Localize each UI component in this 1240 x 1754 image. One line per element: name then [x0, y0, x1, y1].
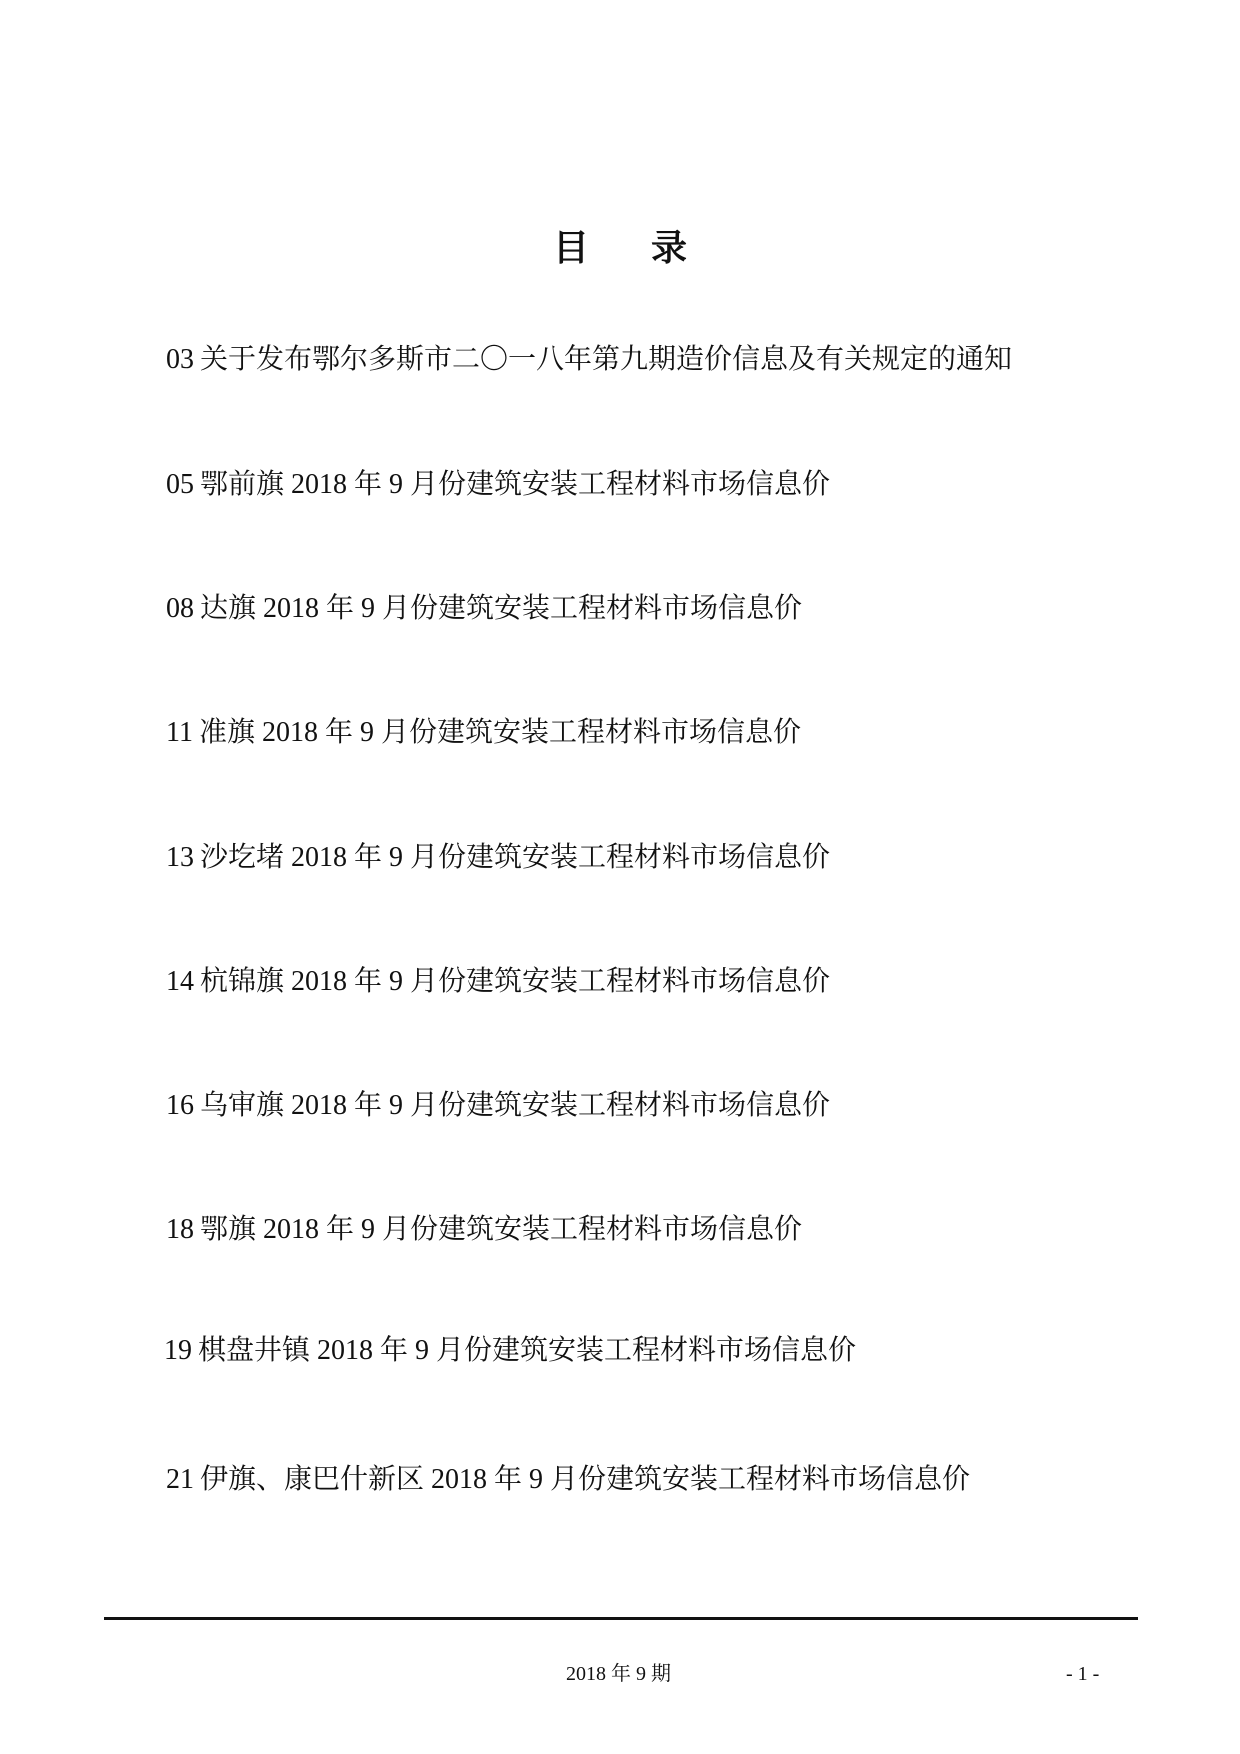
toc-entry[interactable]: 16乌审旗 2018 年 9 月份建筑安装工程材料市场信息价: [166, 1086, 830, 1126]
toc-entry-title: 伊旗、康巴什新区 2018 年 9 月份建筑安装工程材料市场信息价: [200, 1464, 970, 1495]
toc-entry-title: 乌审旗 2018 年 9 月份建筑安装工程材料市场信息价: [200, 1090, 830, 1121]
toc-entry[interactable]: 18鄂旗 2018 年 9 月份建筑安装工程材料市场信息价: [166, 1210, 802, 1250]
toc-page-number: 03: [166, 344, 194, 375]
toc-entry-title: 准旗 2018 年 9 月份建筑安装工程材料市场信息价: [199, 717, 801, 748]
page-title: 目录: [0, 224, 1240, 272]
toc-page-number: 14: [166, 966, 194, 997]
toc-entry[interactable]: 13沙圪堵 2018 年 9 月份建筑安装工程材料市场信息价: [166, 838, 830, 878]
toc-page-number: 11: [166, 717, 193, 748]
footer-issue-label: 2018 年 9 期: [566, 1660, 671, 1688]
toc-entry-title: 达旗 2018 年 9 月份建筑安装工程材料市场信息价: [200, 593, 802, 624]
toc-entry-title: 沙圪堵 2018 年 9 月份建筑安装工程材料市场信息价: [200, 842, 830, 873]
document-page: 目录 03关于发布鄂尔多斯市二〇一八年第九期造价信息及有关规定的通知 05鄂前旗…: [0, 0, 1240, 1754]
toc-page-number: 08: [166, 593, 194, 624]
footer-page-number: - 1 -: [1066, 1660, 1099, 1688]
toc-entry-title: 关于发布鄂尔多斯市二〇一八年第九期造价信息及有关规定的通知: [200, 344, 1012, 375]
toc-entry[interactable]: 19棋盘井镇 2018 年 9 月份建筑安装工程材料市场信息价: [164, 1331, 856, 1371]
toc-page-number: 21: [166, 1464, 194, 1495]
toc-entry[interactable]: 21伊旗、康巴什新区 2018 年 9 月份建筑安装工程材料市场信息价: [166, 1460, 970, 1500]
toc-page-number: 05: [166, 469, 194, 500]
toc-entry[interactable]: 14杭锦旗 2018 年 9 月份建筑安装工程材料市场信息价: [166, 962, 830, 1002]
toc-page-number: 19: [164, 1335, 192, 1366]
toc-page-number: 18: [166, 1214, 194, 1245]
toc-page-number: 13: [166, 842, 194, 873]
toc-entry[interactable]: 08达旗 2018 年 9 月份建筑安装工程材料市场信息价: [166, 589, 802, 629]
toc-entry-title: 鄂旗 2018 年 9 月份建筑安装工程材料市场信息价: [200, 1214, 802, 1245]
toc-page-number: 16: [166, 1090, 194, 1121]
toc-entry-title: 棋盘井镇 2018 年 9 月份建筑安装工程材料市场信息价: [198, 1335, 856, 1366]
toc-entry[interactable]: 11准旗 2018 年 9 月份建筑安装工程材料市场信息价: [166, 713, 801, 753]
title-char-1: 目: [553, 224, 589, 272]
toc-entry-title: 杭锦旗 2018 年 9 月份建筑安装工程材料市场信息价: [200, 966, 830, 997]
toc-entry-title: 鄂前旗 2018 年 9 月份建筑安装工程材料市场信息价: [200, 469, 830, 500]
toc-entry[interactable]: 05鄂前旗 2018 年 9 月份建筑安装工程材料市场信息价: [166, 465, 830, 505]
footer-divider: [104, 1617, 1138, 1620]
toc-entry[interactable]: 03关于发布鄂尔多斯市二〇一八年第九期造价信息及有关规定的通知: [166, 340, 1012, 380]
title-char-2: 录: [651, 224, 687, 272]
